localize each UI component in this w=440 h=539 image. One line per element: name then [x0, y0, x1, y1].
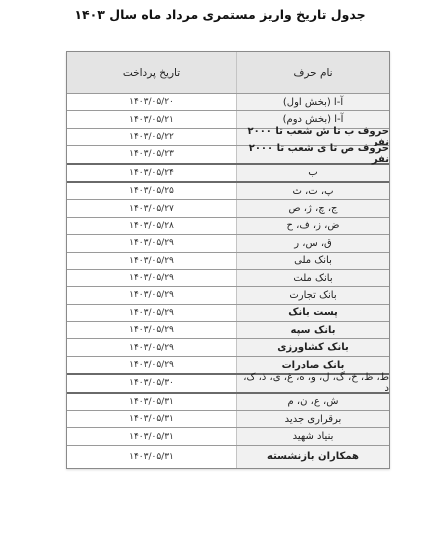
cell-date: ۱۴۰۳/۰۵/۲۲	[67, 129, 236, 145]
cell-date: ۱۴۰۳/۰۵/۲۹	[67, 322, 236, 338]
cell-name: بانک صادرات	[236, 357, 389, 373]
header-name: نام حرف	[236, 52, 389, 93]
cell-name: آ-ا (بخش اول)	[236, 94, 389, 110]
cell-name: بانک تجارت	[236, 287, 389, 303]
cell-date: ۱۴۰۳/۰۵/۳۱	[67, 411, 236, 427]
cell-name: همکاران بازنشسته	[236, 446, 389, 468]
table-row: ط، ظ، خ، گ، ل، و، ه، غ، ی، ذ، ک، د۱۴۰۳/۰…	[67, 375, 389, 393]
table-row: ج، چ، ژ، ص۱۴۰۳/۰۵/۲۷	[67, 200, 389, 217]
cell-date: ۱۴۰۳/۰۵/۳۱	[67, 394, 236, 410]
header-date: تاریخ پرداخت	[67, 52, 236, 93]
table-row: ض، ز، ف، ح۱۴۰۳/۰۵/۲۸	[67, 218, 389, 235]
cell-name: پ، ت، ث	[236, 183, 389, 199]
cell-date: ۱۴۰۳/۰۵/۲۱	[67, 111, 236, 127]
cell-name: حروف ص تا ی شعب تا ۲۰۰۰ نفر	[236, 146, 389, 162]
cell-name: ب	[236, 165, 389, 181]
cell-date: ۱۴۰۳/۰۵/۲۷	[67, 200, 236, 216]
cell-date: ۱۴۰۳/۰۵/۲۵	[67, 183, 236, 199]
table-row: برقراری جدید۱۴۰۳/۰۵/۳۱	[67, 411, 389, 428]
table-row: ب۱۴۰۳/۰۵/۲۴	[67, 165, 389, 183]
cell-name: بانک ملت	[236, 270, 389, 286]
cell-name: ش، ع، ن، م	[236, 394, 389, 410]
cell-name: ج، چ، ژ، ص	[236, 200, 389, 216]
table-row: بانک ملی۱۴۰۳/۰۵/۲۹	[67, 253, 389, 270]
cell-name: بانک ملی	[236, 253, 389, 269]
cell-date: ۱۴۰۳/۰۵/۲۹	[67, 253, 236, 269]
table-row: بانک سپه۱۴۰۳/۰۵/۲۹	[67, 322, 389, 339]
table-row: ق، س، ر۱۴۰۳/۰۵/۲۹	[67, 235, 389, 252]
table-row: ش، ع، ن، م۱۴۰۳/۰۵/۳۱	[67, 394, 389, 411]
cell-name: ض، ز، ف، ح	[236, 218, 389, 234]
cell-name: ق، س، ر	[236, 235, 389, 251]
table-row: بانک ملت۱۴۰۳/۰۵/۲۹	[67, 270, 389, 287]
table-row: بانک کشاورزی۱۴۰۳/۰۵/۲۹	[67, 339, 389, 356]
cell-date: ۱۴۰۳/۰۵/۲۳	[67, 146, 236, 162]
table-row: حروف ص تا ی شعب تا ۲۰۰۰ نفر۱۴۰۳/۰۵/۲۳	[67, 146, 389, 164]
table-row: بانک تجارت۱۴۰۳/۰۵/۲۹	[67, 287, 389, 304]
cell-name: بانک کشاورزی	[236, 339, 389, 355]
cell-date: ۱۴۰۳/۰۵/۳۱	[67, 428, 236, 444]
cell-date: ۱۴۰۳/۰۵/۲۹	[67, 339, 236, 355]
cell-name: بنیاد شهید	[236, 428, 389, 444]
table-row: پ، ت، ث۱۴۰۳/۰۵/۲۵	[67, 183, 389, 200]
table-row: بنیاد شهید۱۴۰۳/۰۵/۳۱	[67, 428, 389, 445]
cell-date: ۱۴۰۳/۰۵/۲۹	[67, 305, 236, 321]
cell-name: ط، ظ، خ، گ، ل، و، ه، غ، ی، ذ، ک، د	[236, 375, 389, 391]
cell-date: ۱۴۰۳/۰۵/۳۱	[67, 446, 236, 468]
table-row: پست بانک۱۴۰۳/۰۵/۲۹	[67, 305, 389, 322]
cell-date: ۱۴۰۳/۰۵/۲۹	[67, 287, 236, 303]
cell-date: ۱۴۰۳/۰۵/۲۹	[67, 357, 236, 373]
cell-date: ۱۴۰۳/۰۵/۲۹	[67, 270, 236, 286]
payment-schedule-table: نام حرف تاریخ پرداخت آ-ا (بخش اول)۱۴۰۳/۰…	[66, 51, 390, 469]
cell-date: ۱۴۰۳/۰۵/۲۹	[67, 235, 236, 251]
cell-name: برقراری جدید	[236, 411, 389, 427]
table-header-row: نام حرف تاریخ پرداخت	[67, 52, 389, 94]
cell-date: ۱۴۰۳/۰۵/۲۴	[67, 165, 236, 181]
cell-date: ۱۴۰۳/۰۵/۳۰	[67, 375, 236, 391]
table-row: همکاران بازنشسته۱۴۰۳/۰۵/۳۱	[67, 446, 389, 468]
page-title: جدول تاریخ واریز مستمری مرداد ماه سال ۱۴…	[0, 7, 440, 22]
cell-name: پست بانک	[236, 305, 389, 321]
table-row: آ-ا (بخش اول)۱۴۰۳/۰۵/۲۰	[67, 94, 389, 111]
cell-date: ۱۴۰۳/۰۵/۲۰	[67, 94, 236, 110]
cell-name: بانک سپه	[236, 322, 389, 338]
cell-date: ۱۴۰۳/۰۵/۲۸	[67, 218, 236, 234]
